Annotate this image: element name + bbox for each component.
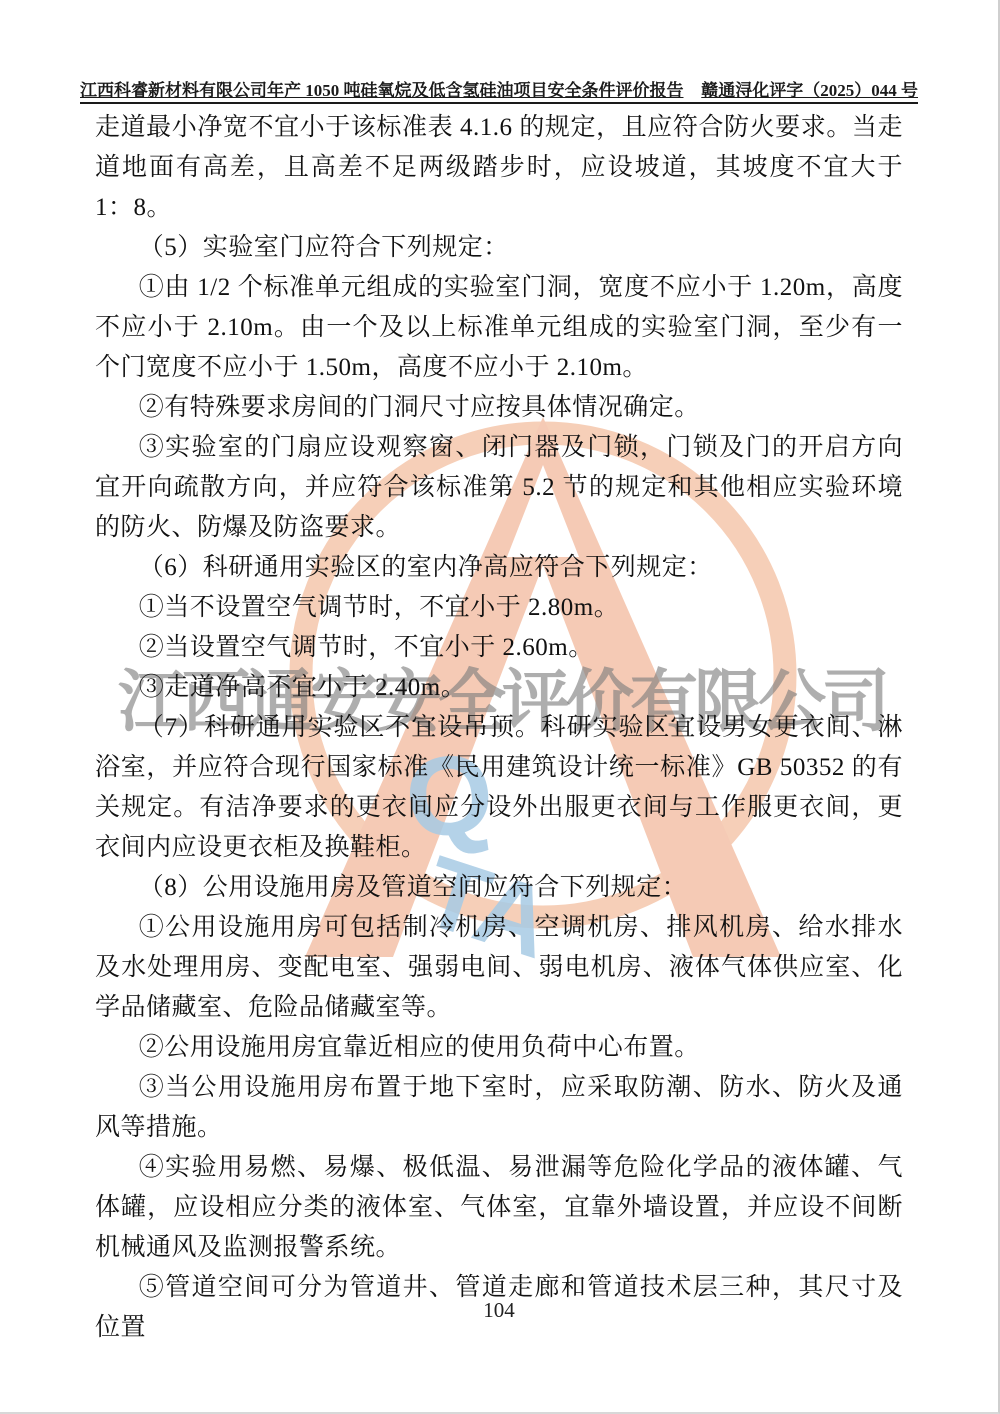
body-paragraph: ④实验用易燃、易爆、极低温、易泄漏等危险化学品的液体罐、气体罐，应设相应分类的液…	[95, 1148, 903, 1268]
body-paragraph: ②有特殊要求房间的门洞尺寸应按具体情况确定。	[95, 388, 903, 428]
body-paragraph: ①由 1/2 个标准单元组成的实验室门洞，宽度不应小于 1.20m，高度不应小于…	[95, 268, 903, 388]
document-page: Q TA 江西通安安全评价有限公司 江西科睿新材料有限公司年产 1050 吨硅氧…	[0, 0, 1000, 1414]
body-paragraph: ①当不设置空气调节时，不宜小于 2.80m。	[95, 588, 903, 628]
body-paragraph: （7）科研通用实验区不宜设吊顶。科研实验区宜设男女更衣间、淋浴室，并应符合现行国…	[95, 708, 903, 868]
body-paragraph: ③实验室的门扇应设观察窗、闭门器及门锁，门锁及门的开启方向宜开向疏散方向，并应符…	[95, 428, 903, 548]
document-body: 走道最小净宽不宜小于该标准表 4.1.6 的规定，且应符合防火要求。当走道地面有…	[95, 108, 903, 1348]
body-paragraph: 走道最小净宽不宜小于该标准表 4.1.6 的规定，且应符合防火要求。当走道地面有…	[95, 108, 903, 228]
body-paragraph: ①公用设施用房可包括制冷机房、空调机房、排风机房、给水排水及水处理用房、变配电室…	[95, 908, 903, 1028]
body-paragraph: （8）公用设施用房及管道空间应符合下列规定：	[95, 868, 903, 908]
header-document-number: 赣通浔化评字（2025）044 号	[701, 76, 918, 102]
body-paragraph: （5）实验室门应符合下列规定：	[95, 228, 903, 268]
page-header: 江西科睿新材料有限公司年产 1050 吨硅氧烷及低含氢硅油项目安全条件评价报告 …	[80, 78, 918, 104]
body-paragraph: ②公用设施用房宜靠近相应的使用负荷中心布置。	[95, 1028, 903, 1068]
body-paragraph: ③当公用设施用房布置于地下室时，应采取防潮、防水、防火及通风等措施。	[95, 1068, 903, 1148]
header-report-title: 江西科睿新材料有限公司年产 1050 吨硅氧烷及低含氢硅油项目安全条件评价报告	[80, 76, 684, 102]
body-paragraph: ②当设置空气调节时，不宜小于 2.60m。	[95, 628, 903, 668]
body-paragraph: ③走道净高不宜小于 2.40m。	[95, 668, 903, 708]
body-paragraph: （6）科研通用实验区的室内净高应符合下列规定：	[95, 548, 903, 588]
page-number: 104	[483, 1298, 515, 1322]
page-footer: 104	[0, 1298, 998, 1323]
